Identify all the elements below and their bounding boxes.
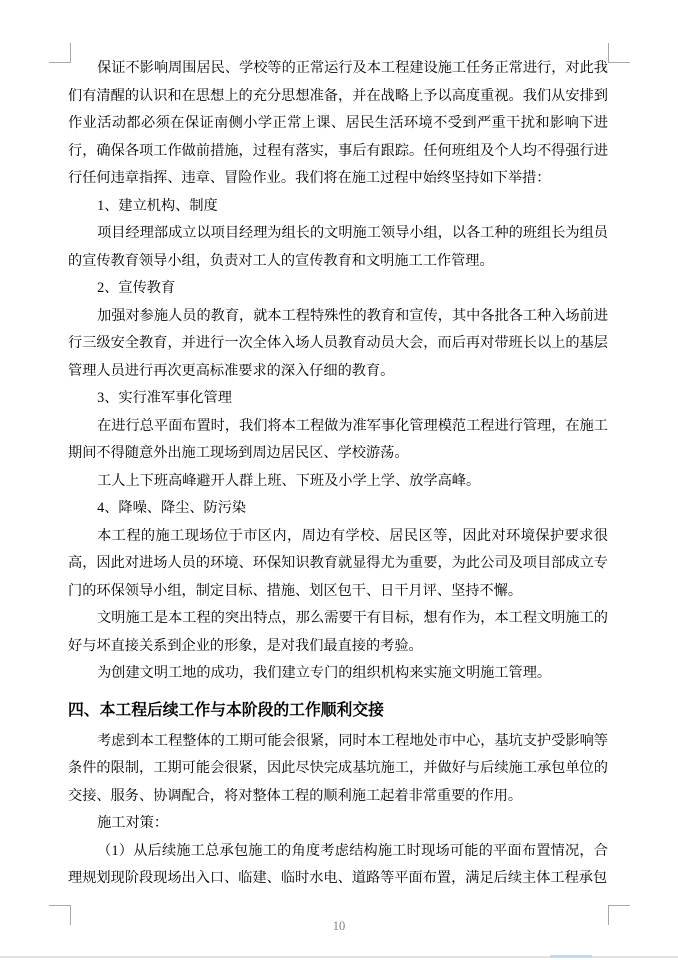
paragraph: 3、实行准军事化管理 — [68, 385, 608, 413]
paragraph: 4、降噪、降尘、防污染 — [68, 495, 608, 523]
paragraph: 项目经理部成立以项目经理为组长的文明施工领导小组，以各工种的班组长为组员的宣传教… — [68, 220, 608, 275]
section-heading: 四、本工程后续工作与本阶段的工作顺利交接 — [68, 696, 608, 726]
paragraph: 1、建立机构、制度 — [68, 193, 608, 221]
paragraph: 2、宣传教育 — [68, 275, 608, 303]
document-viewport: { "document": { "page_number": "10", "pa… — [0, 0, 678, 960]
paragraph: 工人上下班高峰避开人群上班、下班及小学上学、放学高峰。 — [68, 468, 608, 496]
paragraph: （1）从后续施工总承包施工的角度考虑结构施工时现场可能的平面布置情况，合理规划现… — [68, 838, 608, 893]
page-number: 10 — [0, 918, 678, 934]
paragraph: 文明施工是本工程的突出特点，那么需要干有目标，想有作为，本工程文明施工的好与坏直… — [68, 605, 608, 660]
paragraph: 保证不影响周围居民、学校等的正常运行及本工程建设施工任务正常进行，对此我们有清醒… — [68, 55, 608, 193]
paragraph: 施工对策： — [68, 810, 608, 838]
paragraph: 考虑到本工程整体的工期可能会很紧，同时本工程地处市中心，基坑支护受影响等条件的限… — [68, 728, 608, 811]
bottom-edge-accent — [550, 955, 592, 958]
crop-mark-top-right — [608, 43, 630, 63]
paragraph: 为创建文明工地的成功，我们建立专门的组织机构来实施文明施工管理。 — [68, 660, 608, 688]
paragraph: 加强对参施人员的教育，就本工程特殊性的教育和宣传，其中各批各工种入场前进行三级安… — [68, 303, 608, 386]
paragraph: 本工程的施工现场位于市区内，周边有学校、居民区等，因此对环境保护要求很高，因此对… — [68, 523, 608, 606]
paragraph: 在进行总平面布置时，我们将本工程做为准军事化管理模范工程进行管理，在施工期间不得… — [68, 413, 608, 468]
document-page: 保证不影响周围居民、学校等的正常运行及本工程建设施工任务正常进行，对此我们有清醒… — [68, 55, 608, 893]
